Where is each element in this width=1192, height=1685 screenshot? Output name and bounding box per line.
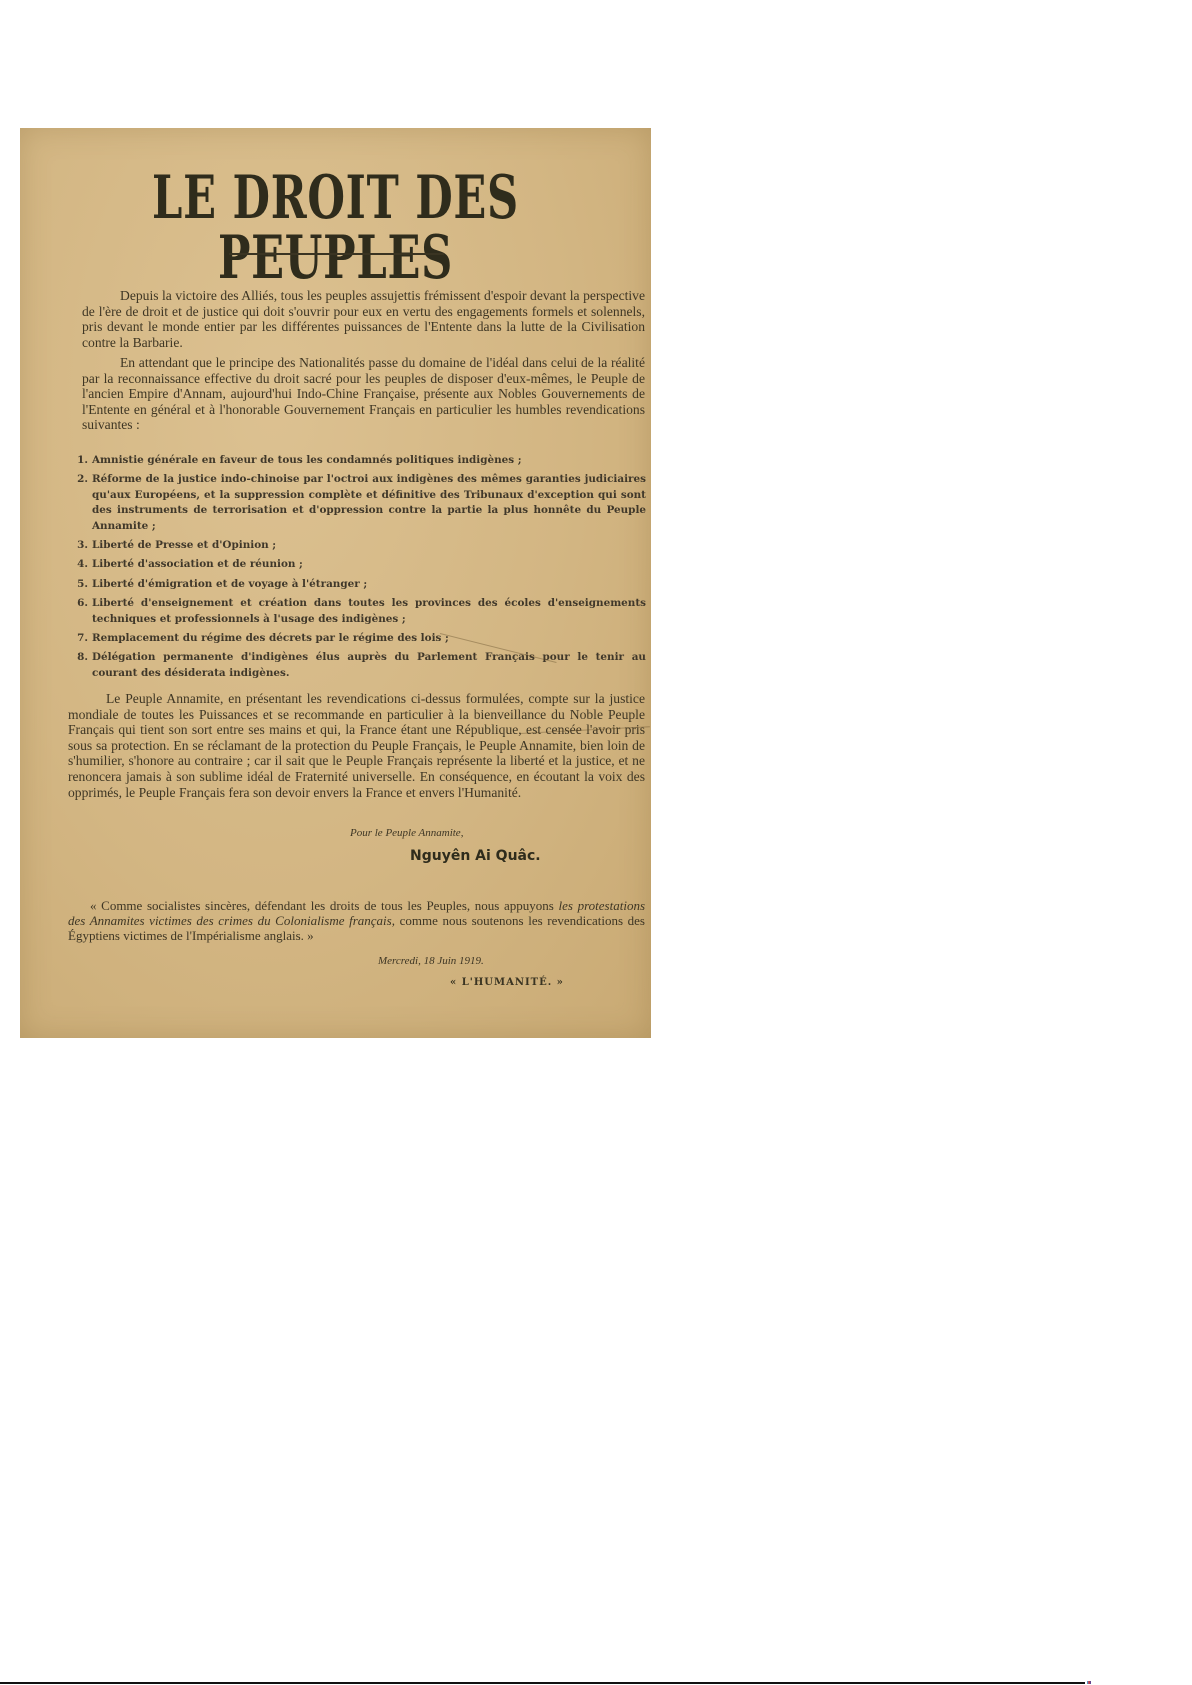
demands-list: 1.Amnistie générale en faveur de tous le… [64,453,646,685]
newspaper-name: « L'HUMANITÉ. » [450,977,564,988]
signature: Nguyên Ai Quâc. [410,848,541,864]
demand-text: Délégation permanente d'indigènes élus a… [92,650,646,681]
demand-number: 7. [64,631,92,646]
conclusion-paragraph: Le Peuple Annamite, en présentant les re… [68,691,645,800]
page-bottom-rule [0,1682,1085,1684]
humanite-quote: « Comme socialistes sincères, défendant … [68,898,645,943]
demand-text: Réforme de la justice indo-chinoise par … [92,472,646,534]
demand-item: 6.Liberté d'enseignement et création dan… [64,596,646,627]
quote-open: « Comme socialistes sincères, défendant … [90,898,554,913]
page-edge-marker [1087,1681,1091,1684]
demand-number: 6. [64,596,92,627]
demand-item: 7.Remplacement du régime des décrets par… [64,631,646,646]
demand-text: Liberté de Presse et d'Opinion ; [92,538,646,553]
demand-number: 3. [64,538,92,553]
title-underline [229,253,444,255]
intro-paragraph-2-text: En attendant que le principe des Nationa… [82,355,645,432]
demand-text: Liberté d'association et de réunion ; [92,557,646,572]
conclusion-text: Le Peuple Annamite, en présentant les re… [68,691,645,800]
date-line: Mercredi, 18 Juin 1919. [378,955,484,967]
demand-number: 1. [64,453,92,468]
demand-number: 5. [64,577,92,592]
demand-item: 5.Liberté d'émigration et de voyage à l'… [64,577,646,592]
demand-item: 8.Délégation permanente d'indigènes élus… [64,650,646,681]
demand-item: 2.Réforme de la justice indo-chinoise pa… [64,472,646,534]
demand-number: 4. [64,557,92,572]
demand-number: 2. [64,472,92,534]
demand-number: 8. [64,650,92,681]
intro-paragraph-2: En attendant que le principe des Nationa… [82,355,645,433]
demand-item: 1.Amnistie générale en faveur de tous le… [64,453,646,468]
poster-title: LE DROIT DES PEUPLES [108,168,562,288]
scanned-poster-image: LE DROIT DES PEUPLES Depuis la victoire … [20,128,651,1038]
demand-item: 4.Liberté d'association et de réunion ; [64,557,646,572]
intro-paragraph-1: Depuis la victoire des Alliés, tous les … [82,288,645,350]
demand-text: Amnistie générale en faveur de tous les … [92,453,646,468]
demand-text: Remplacement du régime des décrets par l… [92,631,646,646]
intro-paragraph-1-text: Depuis la victoire des Alliés, tous les … [82,288,645,350]
demand-item: 3.Liberté de Presse et d'Opinion ; [64,538,646,553]
closing-line: Pour le Peuple Annamite, [350,827,463,839]
demand-text: Liberté d'émigration et de voyage à l'ét… [92,577,646,592]
demand-text: Liberté d'enseignement et création dans … [92,596,646,627]
